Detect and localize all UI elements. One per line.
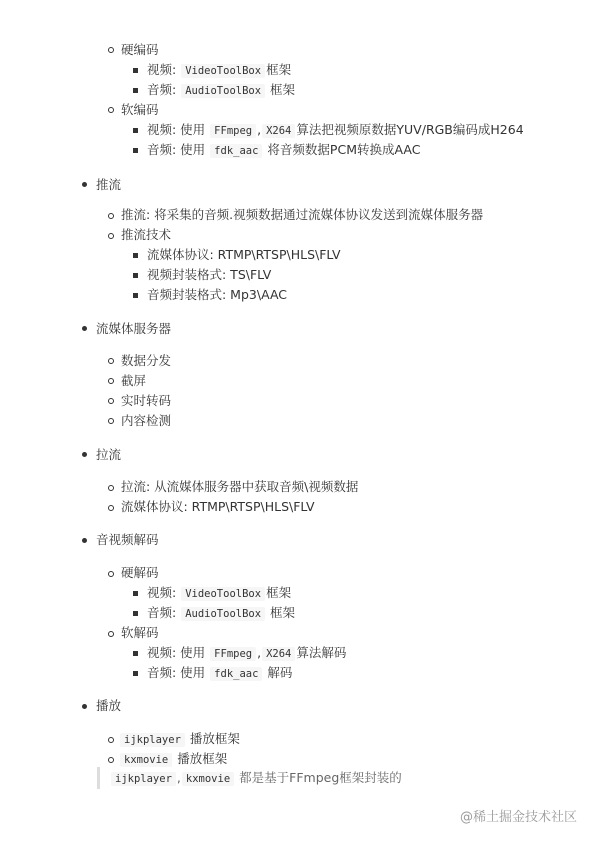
server-item: 实时转码 [121, 391, 171, 411]
label: 音频: [147, 605, 176, 620]
section-title-push: 推流 [96, 175, 121, 195]
code-x264: X264 [262, 647, 295, 661]
code-x264: X264 [262, 124, 295, 138]
soft-decode-label: 软解码 [121, 623, 159, 643]
bullet-square-icon [133, 671, 138, 676]
code-fdk-aac: fdk_aac [210, 667, 262, 681]
code-ffmpeg: FFmpeg [210, 647, 256, 661]
play-item: kxmovie 播放框架 [119, 749, 227, 769]
bullet-circle-icon [108, 485, 114, 491]
label: 将音频数据PCM转换成AAC [267, 142, 420, 157]
bullet-circle-icon [108, 107, 114, 113]
label: 音频: 使用 [147, 142, 205, 157]
code-kxmovie: kxmovie [182, 772, 234, 786]
code-videotoolbox: VideoToolBox [181, 587, 265, 601]
bullet-circle-icon [108, 631, 114, 637]
push-item: 推流: 将采集的音频.视频数据通过流媒体协议发送到流媒体服务器 [121, 205, 483, 225]
code-ijkplayer: ijkplayer [111, 772, 176, 786]
bullet-circle-icon [108, 213, 114, 219]
label: 框架 [266, 62, 291, 77]
label: 框架 [270, 605, 295, 620]
push-tech-item: 流媒体协议: RTMP\RTSP\HLS\FLV [147, 245, 341, 265]
label: 播放框架 [190, 731, 240, 746]
label: 视频: [147, 585, 176, 600]
label: 都是基于FFmpeg框架封装的 [239, 770, 402, 785]
server-item: 内容检测 [121, 411, 171, 431]
bullet-circle-icon [108, 47, 114, 53]
label: 算法把视频原数据YUV/RGB编码成H264 [296, 122, 523, 137]
bullet-square-icon [133, 68, 138, 73]
soft-encode-audio: 音频: 使用 fdk_aac 将音频数据PCM转换成AAC [147, 140, 420, 160]
label: 框架 [270, 82, 295, 97]
server-item: 截屏 [121, 371, 146, 391]
label: 解码 [267, 665, 292, 680]
separator: , [257, 122, 261, 137]
code-kxmovie: kxmovie [120, 753, 172, 767]
hard-encode-label: 硬编码 [121, 40, 159, 60]
bullet-square-icon [133, 88, 138, 93]
bullet-circle-icon [108, 737, 114, 743]
bullet-disc-icon [82, 326, 87, 331]
code-audiotoolbox: AudioToolBox [181, 84, 265, 98]
bullet-square-icon [133, 611, 138, 616]
bullet-square-icon [133, 651, 138, 656]
section-title-server: 流媒体服务器 [96, 319, 171, 339]
code-fdk-aac: fdk_aac [210, 144, 262, 158]
hard-encode-audio: 音频: AudioToolBox 框架 [147, 80, 295, 100]
label: 视频: 使用 [147, 645, 205, 660]
push-tech-item: 音频封装格式: Mp3\AAC [147, 285, 287, 305]
bullet-square-icon [133, 591, 138, 596]
blockquote-bar [97, 767, 100, 789]
code-videotoolbox: VideoToolBox [181, 64, 265, 78]
label: 框架 [266, 585, 291, 600]
code-ijkplayer: ijkplayer [120, 733, 185, 747]
soft-decode-video: 视频: 使用 FFmpeg,X264算法解码 [147, 643, 346, 663]
play-item: ijkplayer 播放框架 [119, 729, 240, 749]
label: 音频: 使用 [147, 665, 205, 680]
bullet-disc-icon [82, 452, 87, 457]
bullet-square-icon [133, 128, 138, 133]
hard-decode-label: 硬解码 [121, 563, 159, 583]
bullet-circle-icon [108, 398, 114, 404]
push-item: 推流技术 [121, 225, 171, 245]
bullet-circle-icon [108, 418, 114, 424]
label: 音频: [147, 82, 176, 97]
soft-encode-video: 视频: 使用 FFmpeg,X264算法把视频原数据YUV/RGB编码成H264 [147, 120, 524, 140]
bullet-disc-icon [82, 538, 87, 543]
bullet-circle-icon [108, 358, 114, 364]
bullet-square-icon [133, 148, 138, 153]
bullet-square-icon [133, 253, 138, 258]
soft-decode-audio: 音频: 使用 fdk_aac 解码 [147, 663, 292, 683]
bullet-circle-icon [108, 378, 114, 384]
watermark: @稀土掘金技术社区 [460, 806, 577, 825]
bullet-circle-icon [108, 571, 114, 577]
bullet-circle-icon [108, 505, 114, 511]
label: 播放框架 [177, 751, 227, 766]
pull-item: 流媒体协议: RTMP\RTSP\HLS\FLV [121, 497, 315, 517]
separator: , [177, 770, 181, 785]
hard-decode-video: 视频: VideoToolBox框架 [147, 583, 291, 603]
pull-item: 拉流: 从流媒体服务器中获取音频\视频数据 [121, 477, 358, 497]
blockquote: ijkplayer,kxmovie 都是基于FFmpeg框架封装的 [110, 768, 402, 788]
label: 视频: [147, 62, 176, 77]
bullet-square-icon [133, 273, 138, 278]
section-title-decode: 音视频解码 [96, 530, 159, 550]
label: 算法解码 [296, 645, 346, 660]
bullet-disc-icon [82, 704, 87, 709]
soft-encode-label: 软编码 [121, 100, 159, 120]
server-item: 数据分发 [121, 351, 171, 371]
push-tech-item: 视频封装格式: TS\FLV [147, 265, 271, 285]
bullet-disc-icon [82, 182, 87, 187]
hard-decode-audio: 音频: AudioToolBox 框架 [147, 603, 295, 623]
bullet-square-icon [133, 293, 138, 298]
section-title-pull: 拉流 [96, 445, 121, 465]
bullet-circle-icon [108, 233, 114, 239]
code-audiotoolbox: AudioToolBox [181, 607, 265, 621]
bullet-circle-icon [108, 757, 114, 763]
code-ffmpeg: FFmpeg [210, 124, 256, 138]
hard-encode-video: 视频: VideoToolBox框架 [147, 60, 291, 80]
label: 视频: 使用 [147, 122, 205, 137]
separator: , [257, 645, 261, 660]
section-title-play: 播放 [96, 696, 121, 716]
